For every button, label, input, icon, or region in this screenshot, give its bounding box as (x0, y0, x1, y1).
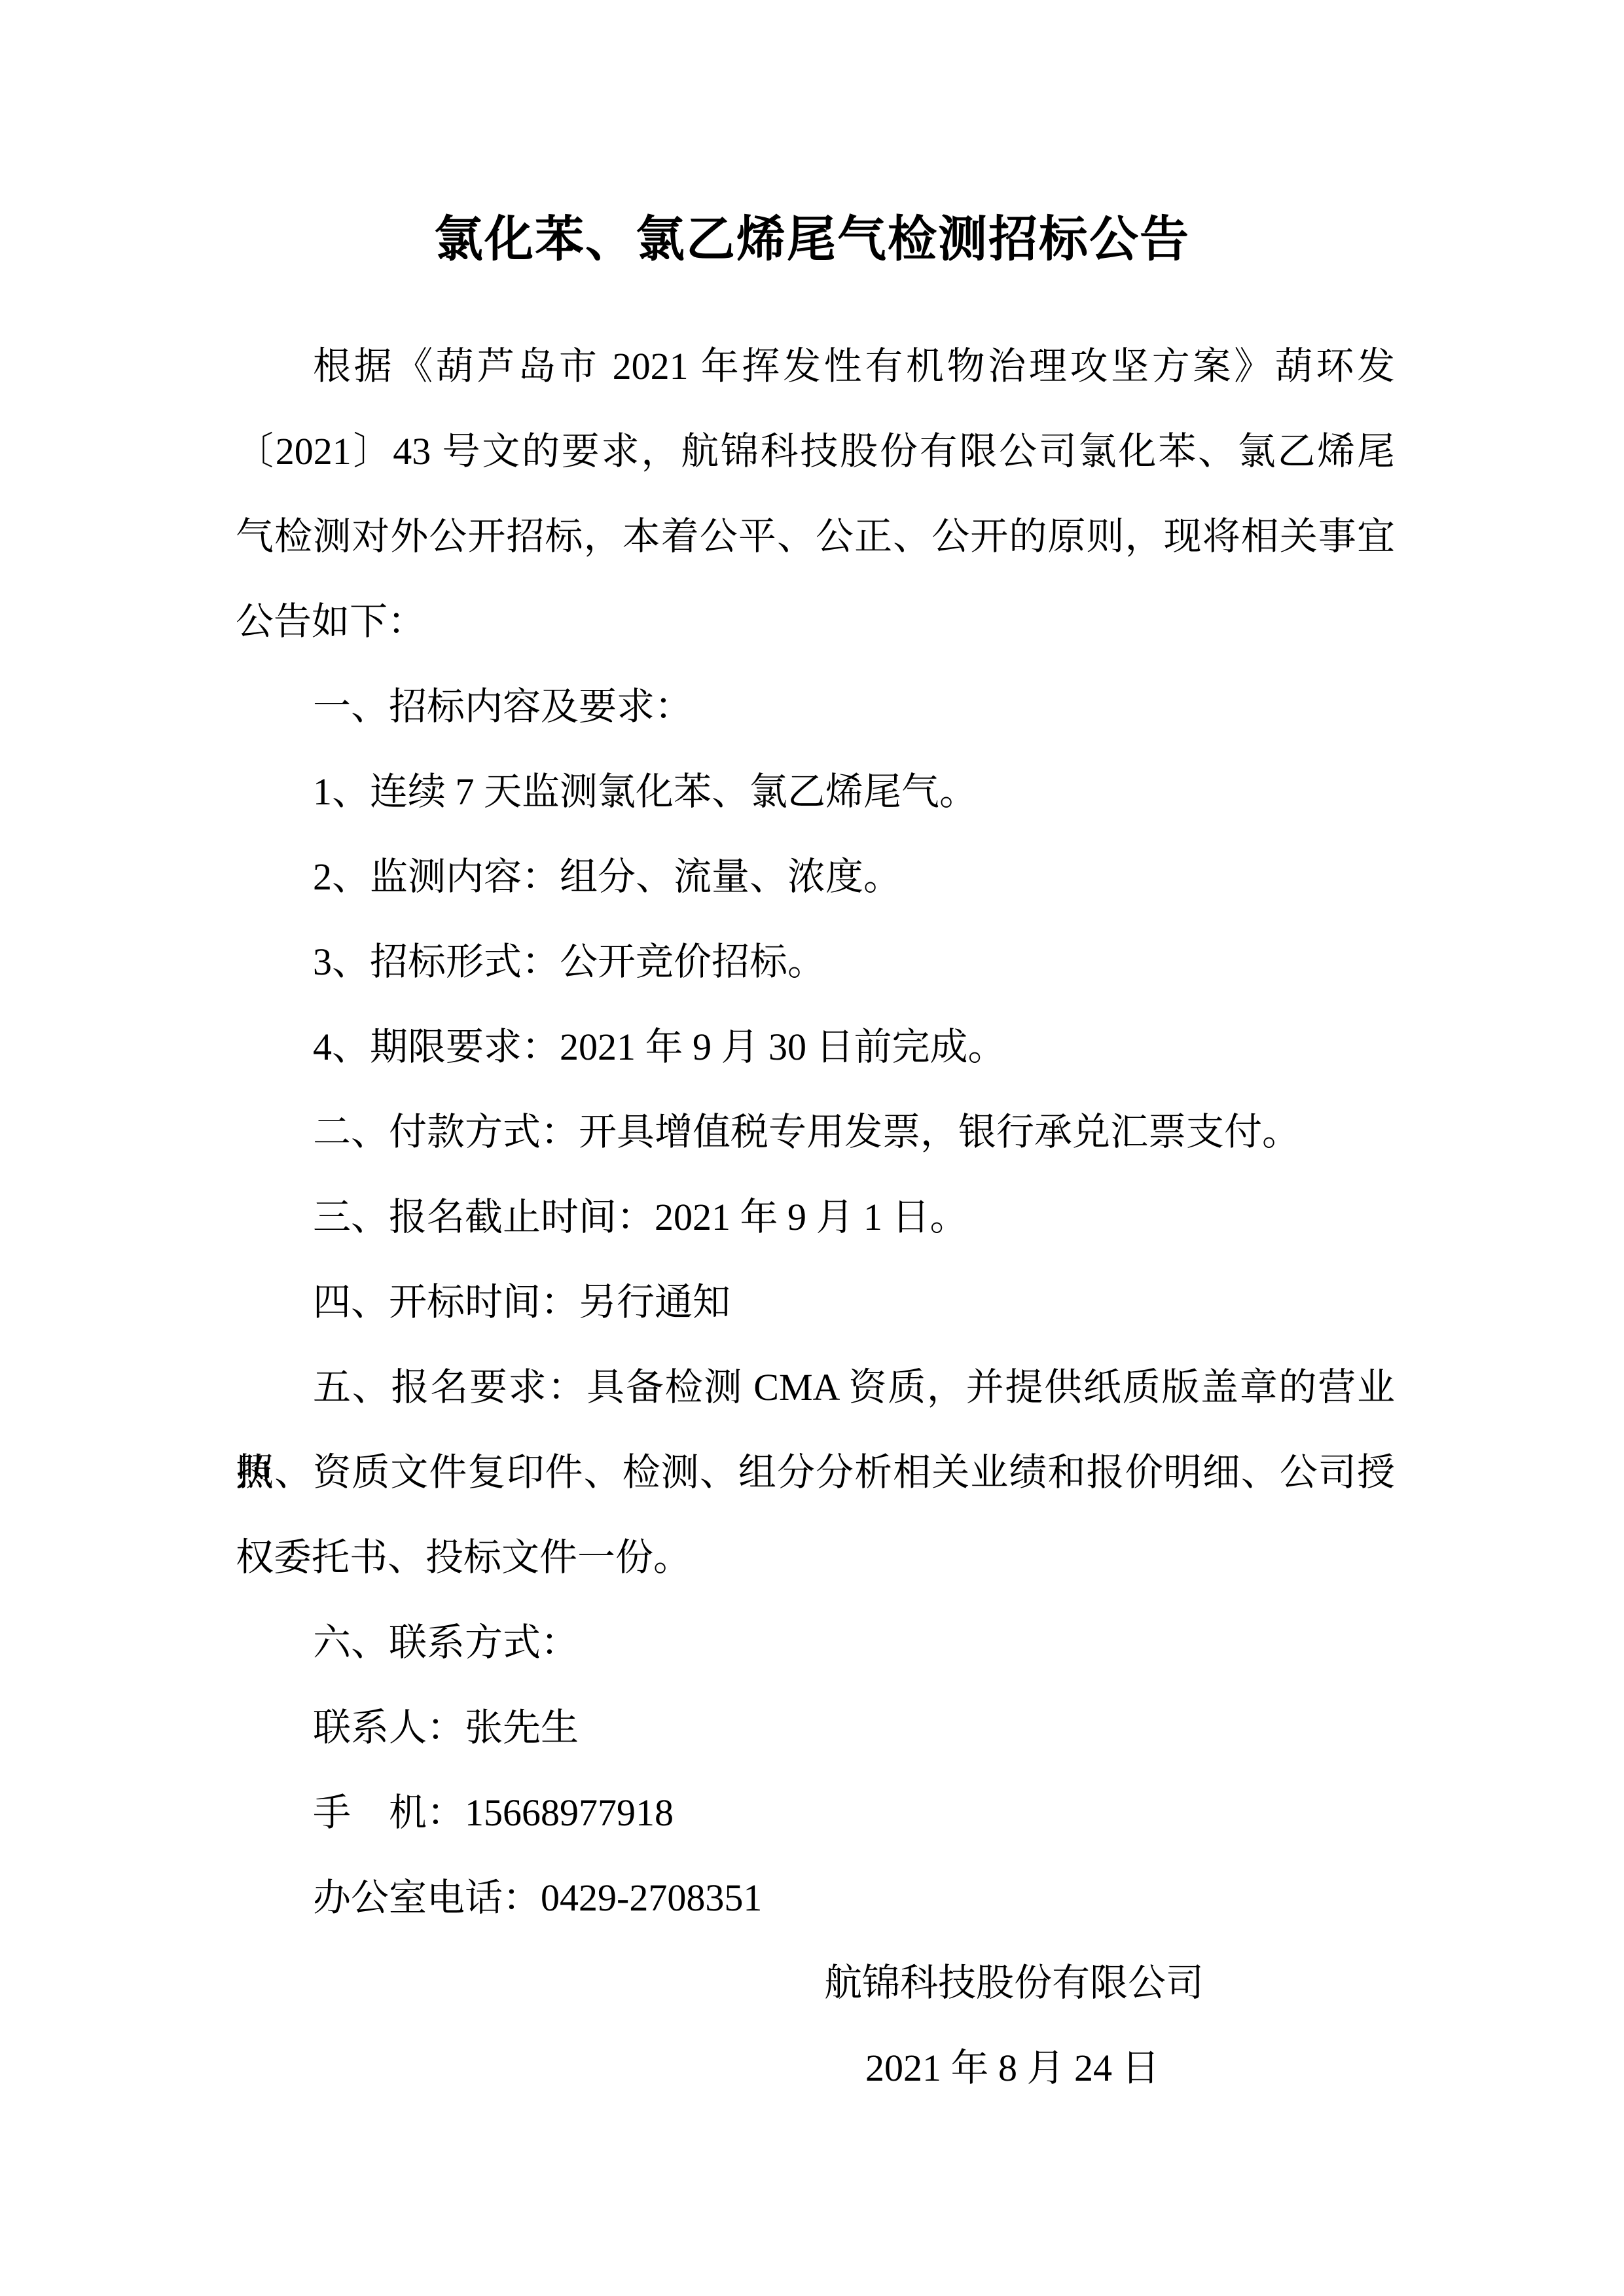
document-body: 根据《葫芦岛市 2021 年挥发性有机物治理攻坚方案》葫环发〔2021〕43 号… (236, 324, 1395, 2111)
document-line: 1、连续 7 天监测氯化苯、氯乙烯尾气。 (236, 749, 1395, 834)
signature-company: 航锦科技股份有限公司 (236, 1941, 1395, 2026)
document-line: 三、报名截止时间：2021 年 9 月 1 日。 (236, 1175, 1395, 1260)
document-line: 4、期限要求：2021 年 9 月 30 日前完成。 (236, 1005, 1395, 1090)
document-line: 气检测对外公开招标，本着公平、公正、公开的原则，现将相关事宜 (236, 494, 1395, 579)
document-line: 一、招标内容及要求： (236, 664, 1395, 749)
document-line: 2、监测内容：组分、流量、浓度。 (236, 834, 1395, 920)
document-line: 联系人：张先生 (236, 1685, 1395, 1770)
document-line: 照、资质文件复印件、检测、组分分析相关业绩和报价明细、公司授 (236, 1430, 1395, 1515)
document-line: 二、付款方式：开具增值税专用发票，银行承兑汇票支付。 (236, 1090, 1395, 1175)
signature-date: 2021 年 8 月 24 日 (236, 2026, 1395, 2111)
document-line: 办公室电话：0429-2708351 (236, 1856, 1395, 1941)
document-line: 六、联系方式： (236, 1600, 1395, 1685)
document-line: 根据《葫芦岛市 2021 年挥发性有机物治理攻坚方案》葫环发 (236, 324, 1395, 409)
document-line: 手 机：15668977918 (236, 1770, 1395, 1856)
document-line: 五、报名要求：具备检测 CMA 资质，并提供纸质版盖章的营业执 (236, 1345, 1395, 1430)
document-page: 氯化苯、氯乙烯尾气检测招标公告 根据《葫芦岛市 2021 年挥发性有机物治理攻坚… (0, 0, 1624, 2296)
document-line: 公告如下： (236, 579, 1395, 664)
document-line: 权委托书、投标文件一份。 (236, 1515, 1395, 1600)
document-line: 四、开标时间：另行通知 (236, 1260, 1395, 1345)
document-line: 〔2021〕43 号文的要求，航锦科技股份有限公司氯化苯、氯乙烯尾 (236, 409, 1395, 494)
document-title: 氯化苯、氯乙烯尾气检测招标公告 (0, 213, 1624, 264)
document-line: 3、招标形式：公开竞价招标。 (236, 920, 1395, 1005)
